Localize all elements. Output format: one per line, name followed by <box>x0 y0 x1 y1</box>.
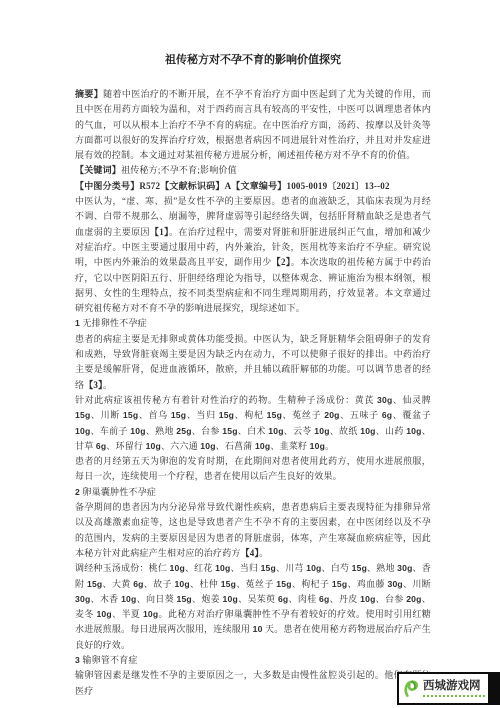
paragraph: 患者的月经第五天为卵泡的发育时期，在此期间对患者使用此药方，使用水进展煎服，每日… <box>75 454 431 485</box>
paragraph: 针对此病症该祖传秘方有着针对性治疗的药物。生精种子汤成份：黄芪 30g、仙灵脾 … <box>75 393 431 454</box>
section-heading: 3 输卵管不育症 <box>75 653 431 668</box>
document-page: 祖传秘方对不孕不育的影响价值探究 摘要】随着中医治疗的不断开展，在不孕不育治疗方… <box>0 0 500 708</box>
document-content: 祖传秘方对不孕不育的影响价值探究 摘要】随着中医治疗的不断开展，在不孕不育治疗方… <box>75 52 431 699</box>
paragraph: 输卵管因素是继发性不孕的主要原因之一，大多数是由慢性盆腔炎引起的。他们有既往医疗 <box>75 668 431 699</box>
document-body: 摘要】随着中医治疗的不断开展，在不孕不育治疗方面中医起到了尤为关键的作用，而且中… <box>75 87 431 699</box>
paragraph: 备孕期间的患者因为内分泌异常导致代谢性疾病，患者患病后主要表现特征为排卵异常以及… <box>75 500 431 561</box>
section-heading: 2 卵巢囊肿性不孕症 <box>75 485 431 500</box>
paragraph: 患者的病症主要是无排卵或黄体功能受损。中医认为，缺乏肾脏精华会阻碍卵子的发育和成… <box>75 332 431 393</box>
watermark-label: 西城游戏网 <box>399 674 488 703</box>
section-heading: 1 无排卵性不孕症 <box>75 316 431 331</box>
paragraph: 摘要】随着中医治疗的不断开展，在不孕不育治疗方面中医起到了尤为关键的作用，而且中… <box>75 87 431 163</box>
watermark-subtext <box>423 695 485 697</box>
paragraph: 【关键词】祖传秘方;不孕不育;影响价值 <box>75 163 431 178</box>
watermark-text-column: 西城游戏网 <box>423 680 485 697</box>
article-title: 祖传秘方对不孕不育的影响价值探究 <box>75 52 431 68</box>
paragraph: 【中图分类号】R572【文献标识码】A【文章编号】1005-0019〔2021〕… <box>75 179 431 194</box>
paragraph: 中医认为，“虚、寒、损”是女性不孕的主要原因。患者的血液缺乏，其临床表现为月经不… <box>75 194 431 316</box>
site-logo-icon <box>401 679 420 698</box>
watermark-badge: 西城游戏网 <box>397 672 500 705</box>
paragraph: 调经种玉汤成份：桃仁 10g、红花 10g、当归 15g、川芎 10g、白芍 1… <box>75 561 431 653</box>
site-name: 西城游戏网 <box>423 680 485 693</box>
